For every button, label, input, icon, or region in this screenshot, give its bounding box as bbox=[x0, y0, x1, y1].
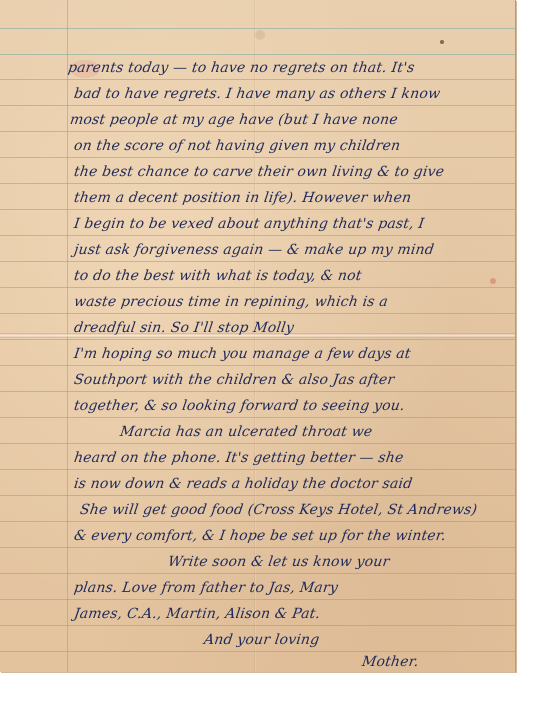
ruled-line bbox=[0, 651, 515, 652]
letter-line: She will get good food (Cross Keys Hotel… bbox=[79, 502, 478, 518]
rust-spot bbox=[490, 278, 496, 284]
letter-closing: And your loving bbox=[203, 632, 321, 648]
ruled-line bbox=[0, 235, 515, 236]
ruled-line bbox=[0, 28, 515, 29]
letter-line: them a decent position in life). However… bbox=[73, 190, 412, 206]
letter-line: waste precious time in repining, which i… bbox=[73, 294, 389, 310]
letter-line: most people at my age have (but I have n… bbox=[69, 112, 399, 128]
ruled-line bbox=[0, 599, 515, 600]
letter-line: is now down & reads a holiday the doctor… bbox=[73, 476, 414, 492]
letter-line: just ask forgiveness again — & make up m… bbox=[73, 242, 435, 258]
ruled-line bbox=[0, 625, 515, 626]
ruled-line bbox=[0, 287, 515, 288]
ruled-line bbox=[0, 131, 515, 132]
stain-spot bbox=[255, 30, 265, 40]
ruled-line bbox=[0, 573, 515, 574]
ruled-line bbox=[0, 443, 515, 444]
letter-line: on the score of not having given my chil… bbox=[73, 138, 401, 154]
letter-line: Southport with the children & also Jas a… bbox=[73, 372, 396, 388]
ruled-line bbox=[0, 495, 515, 496]
letter-signature: Mother. bbox=[361, 654, 420, 670]
letter-line: plans. Love from father to Jas, Mary bbox=[73, 580, 339, 596]
letter-line: Marcia has an ulcerated throat we bbox=[119, 424, 374, 440]
letter-line: parents today — to have no regrets on th… bbox=[67, 60, 416, 76]
ruled-line bbox=[0, 209, 515, 210]
ruled-line bbox=[0, 469, 515, 470]
letter-line: James, C.A., Martin, Alison & Pat. bbox=[73, 606, 321, 622]
letter-line: bad to have regrets. I have many as othe… bbox=[73, 86, 441, 102]
ruled-line bbox=[0, 183, 515, 184]
ruled-line bbox=[0, 365, 515, 366]
letter-line: I'm hoping so much you manage a few days… bbox=[73, 346, 412, 362]
ruled-line bbox=[0, 339, 515, 340]
letter-page: parents today — to have no regrets on th… bbox=[0, 0, 516, 672]
ruled-line bbox=[0, 157, 515, 158]
letter-line: to do the best with what is today, & not bbox=[73, 268, 363, 284]
ruled-line bbox=[0, 261, 515, 262]
ruled-line bbox=[0, 105, 515, 106]
ruled-line bbox=[0, 417, 515, 418]
ruled-line bbox=[0, 521, 515, 522]
letter-line: I begin to be vexed about anything that'… bbox=[73, 216, 425, 232]
letter-line: dreadful sin. So I'll stop Molly bbox=[73, 320, 295, 336]
letter-line: Write soon & let us know your bbox=[167, 554, 391, 570]
ruled-line bbox=[0, 79, 515, 80]
letter-line: heard on the phone. It's getting better … bbox=[73, 450, 405, 466]
letter-line: & every comfort, & I hope be set up for … bbox=[73, 528, 447, 544]
letter-line: together, & so looking forward to seeing… bbox=[73, 398, 406, 414]
ink-dot bbox=[440, 40, 444, 44]
letter-line: the best chance to carve their own livin… bbox=[73, 164, 445, 180]
ruled-line bbox=[0, 547, 515, 548]
ruled-line bbox=[0, 54, 515, 55]
ruled-line bbox=[0, 391, 515, 392]
ruled-line bbox=[0, 313, 515, 314]
